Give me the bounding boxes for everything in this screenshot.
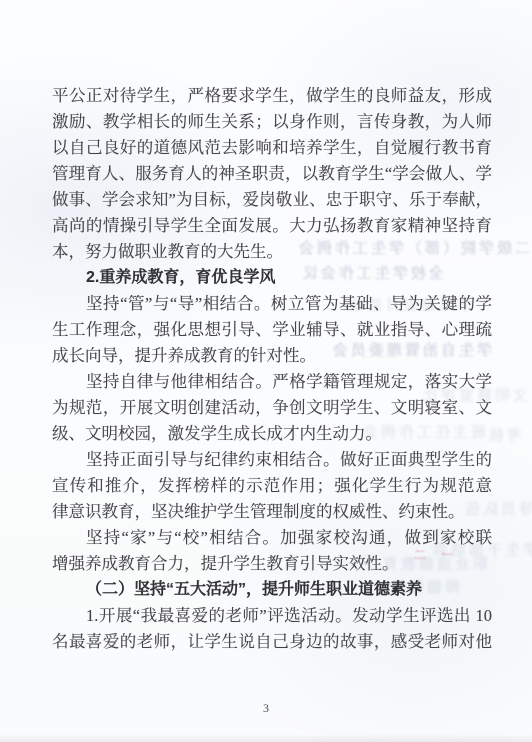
text-line: 生工作理念，强化思想引导、学业辅导、就业指导、心理疏导、 [52,317,492,343]
section-heading: （二）坚持“五大活动”，提升师生职业道德素养 [52,577,492,603]
text-line: 坚持正面引导与纪律约束相结合。做好正面典型学生的奖励、 [52,447,492,473]
section-heading: 2.重养成教育，育优良学风 [52,265,492,291]
text-line: 为规范，开展文明创建活动，争创文明学生、文明寝室、文明班 [52,395,492,421]
text-line: 高尚的情操引导学生全面发展。大力弘扬教育家精神坚持育人为 [52,213,492,239]
text-line: 坚持“管”与“导”相结合。树立管为基础、导为关键的学 [52,291,492,317]
text-line: 平公正对待学生，严格要求学生，做学生的良师益友，形成相互 [52,83,492,109]
document-body-text: 平公正对待学生，严格要求学生，做学生的良师益友，形成相互激励、教学相长的师生关系… [52,83,492,655]
text-line: 激励、教学相长的师生关系；以身作则，言传身教，为人师表， [52,109,492,135]
text-line: 管理育人、服务育人的神圣职责，以教育学生“学会做人、学会 [52,161,492,187]
text-line: 坚持“家”与“校”相结合。加强家校沟通，做到家校联动， [52,525,492,551]
scanned-document-page: 二级学院（部）学生工作例会全校学生工作会议学风建设月活动学生自治管理委员会文明寝… [0,0,532,742]
text-line: 1.开展“我最喜爱的老师”评选活动。发动学生评选出 10 [52,603,492,629]
text-line: 增强养成教育合力，提升学生教育引导实效性。 [52,551,492,577]
page-number: 3 [0,701,532,716]
text-line: 名最喜爱的老师，让学生说自己身边的故事，感受老师对他们的 [52,629,492,655]
text-line: 级、文明校园，激发学生成长成才内生动力。 [52,421,492,447]
text-line: 宣传和推介，发挥榜样的示范作用；强化学生行为规范意识、纪 [52,473,492,499]
text-line: 坚持自律与他律相结合。严格学籍管理规定，落实大学生行 [52,369,492,395]
text-line: 以自己良好的道德风范去影响和培养学生，自觉履行教书育人、 [52,135,492,161]
text-line: 成长向导，提升养成教育的针对性。 [52,343,492,369]
text-line: 律意识教育，坚决维护学生管理制度的权威性、约束性。 [52,499,492,525]
text-line: 本，努力做职业教育的大先生。 [52,239,492,265]
text-line: 做事、学会求知”为目标，爱岗敬业、忠于职守、乐于奉献，以 [52,187,492,213]
